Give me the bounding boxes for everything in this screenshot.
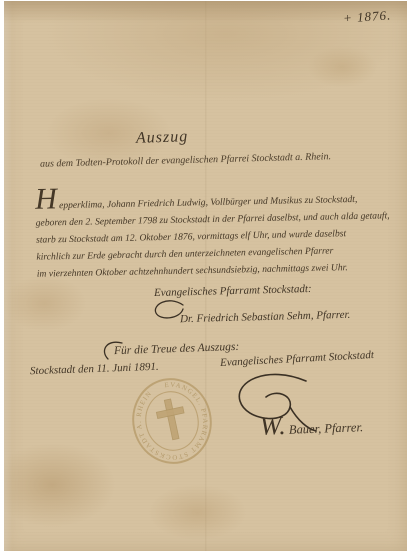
pastor-signature-2: W. Bauer, Pfarrer.: [260, 419, 364, 439]
year-annotation: + 1876.: [342, 7, 391, 26]
cross-icon: [154, 397, 189, 442]
document-subtitle: aus dem Todten-Protokoll der evangelisch…: [40, 151, 331, 170]
office-line-2: Evangelisches Pfarramt Stockstadt: [220, 349, 374, 369]
office-line: Evangelisches Pfarramt Stockstadt:: [154, 283, 312, 299]
document-title: Auszug: [136, 128, 189, 148]
body-text: Hepperklima, Johann Friedrich Ludwig, Vo…: [35, 187, 389, 282]
certification-line: Für die Treue des Auszugs:: [114, 341, 240, 357]
scanned-document: + 1876. Auszug aus dem Todten-Protokoll …: [0, 0, 407, 560]
church-seal-stamp: EVANGEL. PFARRAMT STOCKSTADT A. RHEIN: [121, 367, 222, 474]
pastor-signature-1: Dr. Friedrich Sebastian Sehm, Pfarrer.: [180, 309, 351, 325]
place-date-line: Stockstadt den 11. Juni 1891.: [30, 361, 159, 377]
document-page: + 1876. Auszug aus dem Todten-Protokoll …: [4, 1, 407, 551]
